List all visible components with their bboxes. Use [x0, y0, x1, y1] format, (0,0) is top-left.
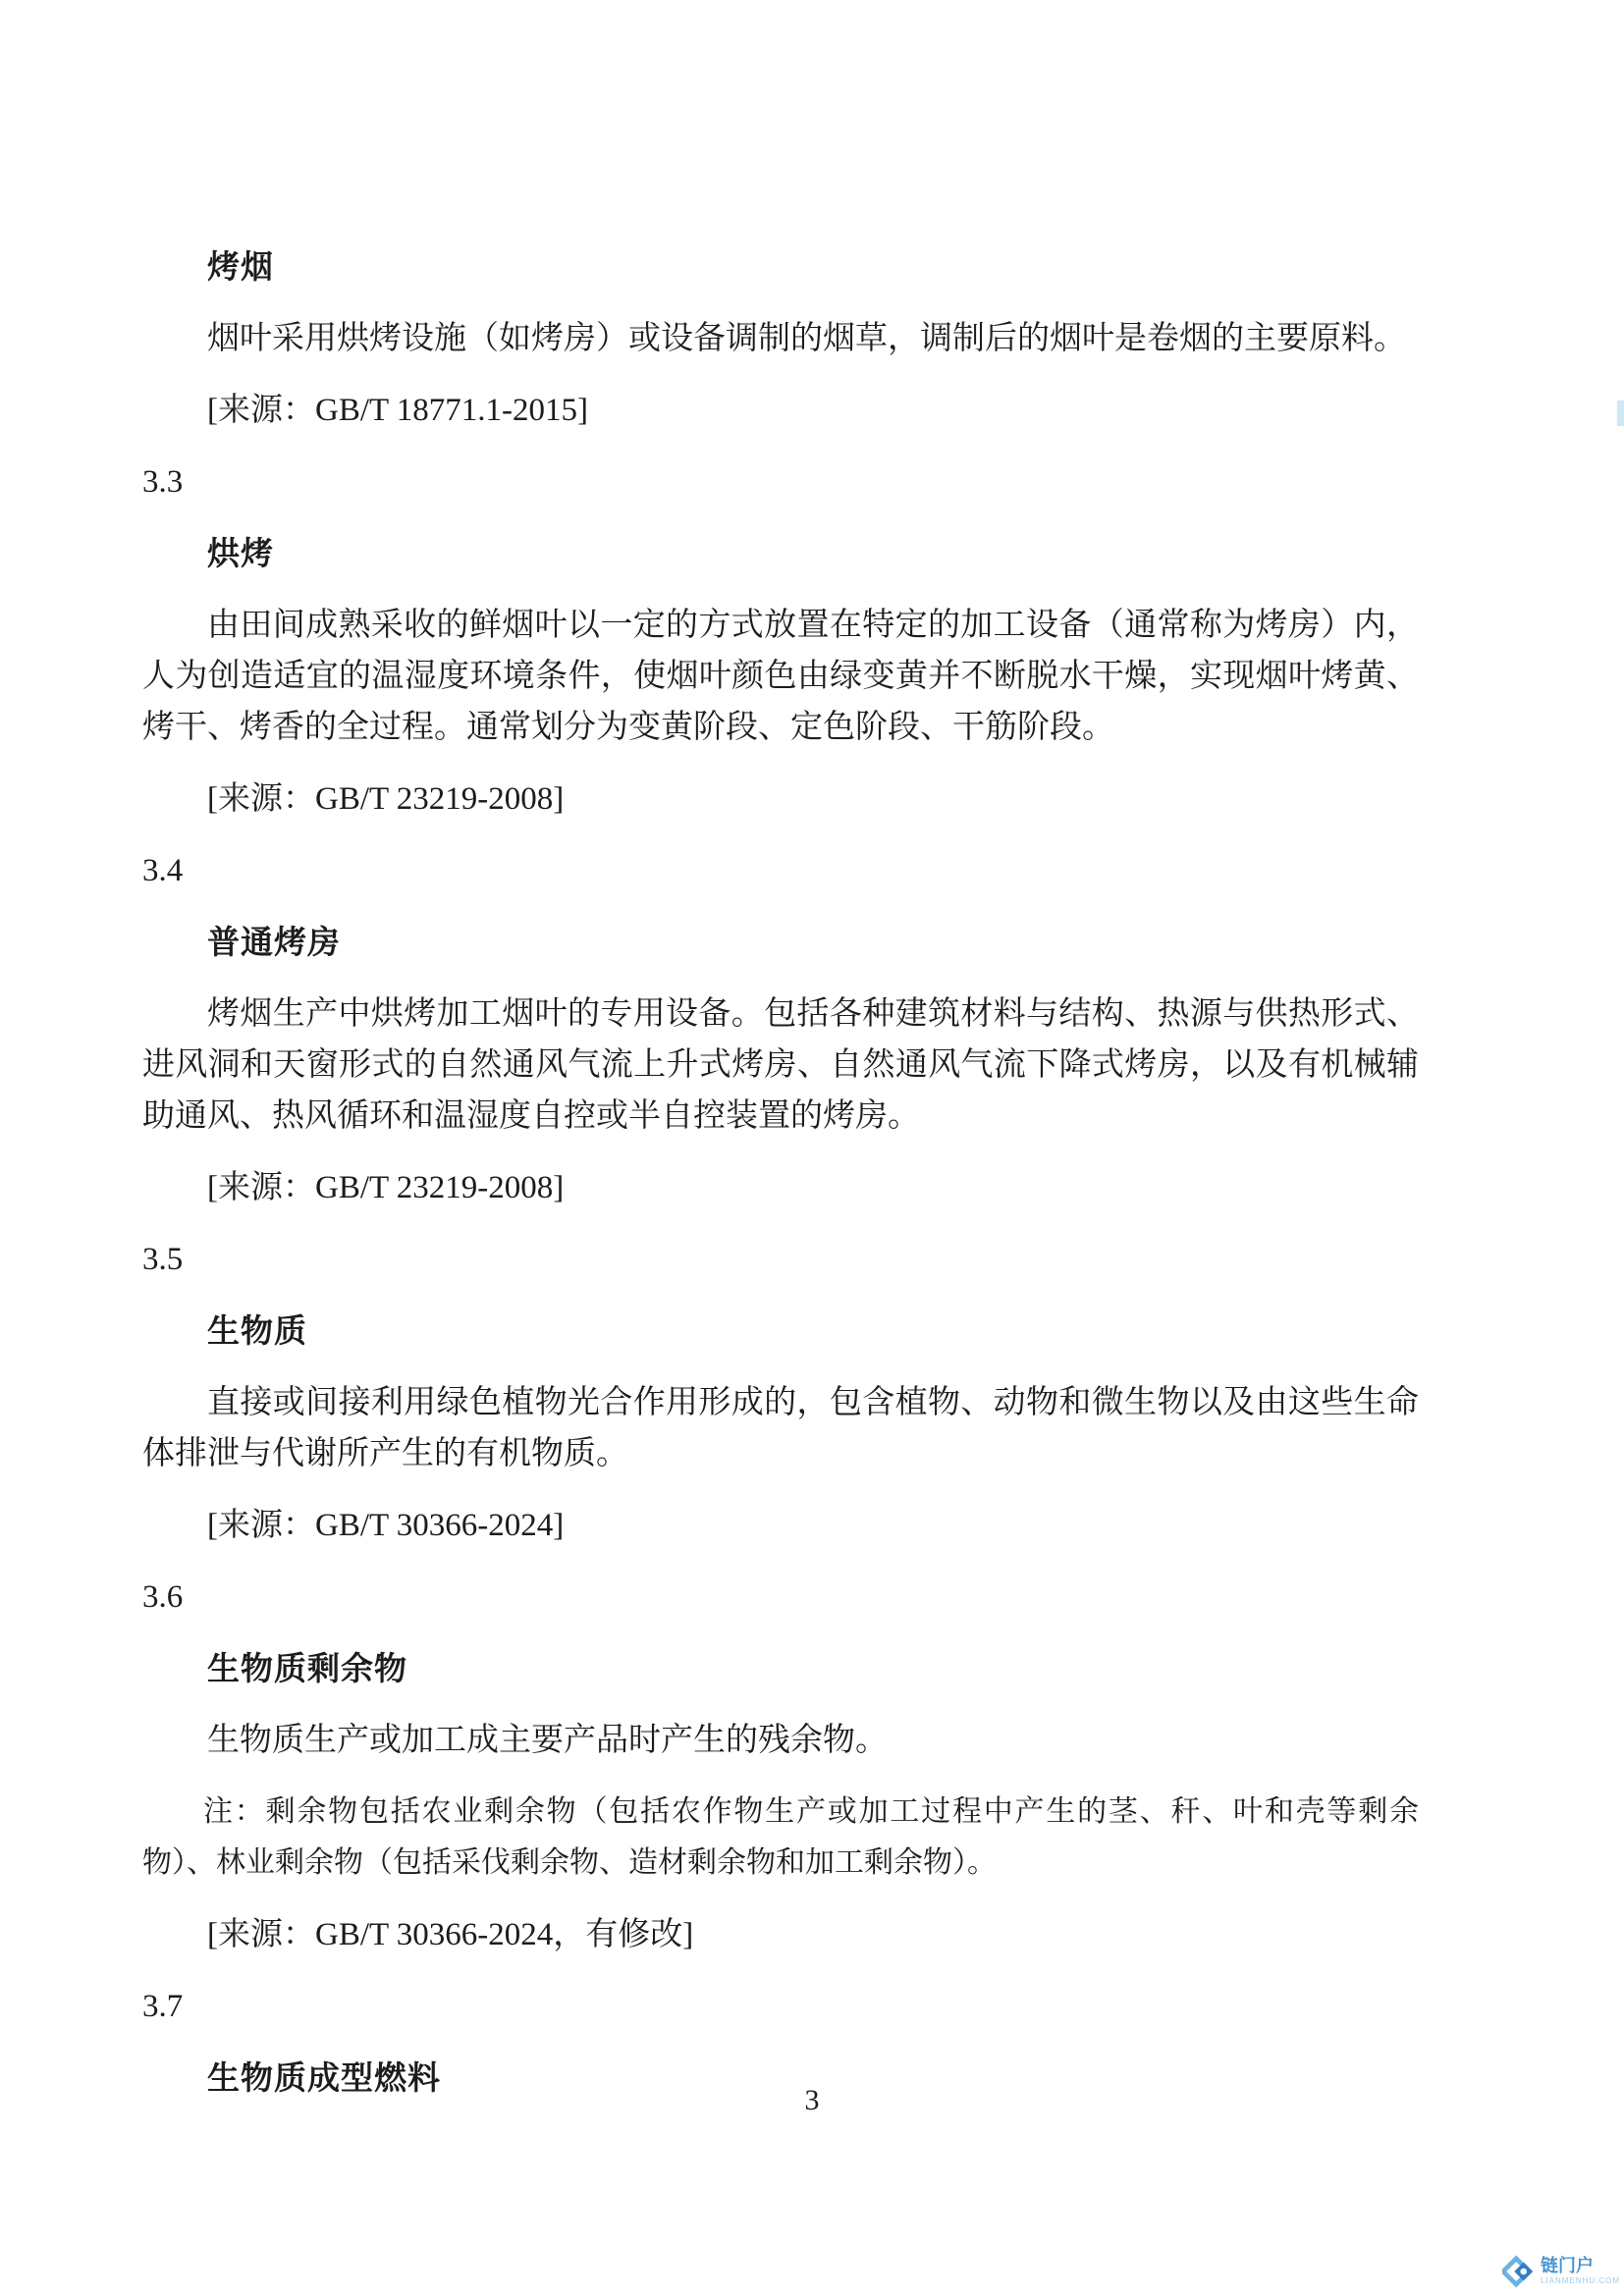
clause-number: 3.4 — [142, 845, 1419, 896]
clause-number: 3.5 — [142, 1234, 1419, 1285]
term-heading: 生物质剩余物 — [142, 1643, 1419, 1694]
source-reference: [来源：GB/T 23219-2008] — [142, 1162, 1419, 1213]
source-reference: [来源：GB/T 23219-2008] — [142, 774, 1419, 825]
definition-paragraph: 由田间成熟采收的鲜烟叶以一定的方式放置在特定的加工设备（通常称为烤房）内，人为创… — [142, 600, 1419, 753]
term-heading: 生物质 — [142, 1306, 1419, 1357]
source-reference: [来源：GB/T 18771.1-2015] — [142, 385, 1419, 436]
clause-number: 3.3 — [142, 456, 1419, 507]
source-reference: [来源：GB/T 30366-2024，有修改] — [142, 1909, 1419, 1960]
clause-number: 3.6 — [142, 1572, 1419, 1623]
document-content: 烤烟 烟叶采用烘烤设施（如烤房）或设备调制的烟草，调制后的烟叶是卷烟的主要原料。… — [142, 221, 1419, 2124]
page-number: 3 — [0, 2081, 1624, 2120]
term-heading: 烤烟 — [142, 241, 1419, 293]
clause-number: 3.7 — [142, 1981, 1419, 2032]
watermark-logo-text: 链门户 — [1541, 2257, 1620, 2276]
watermark-logo-icon — [1502, 2255, 1536, 2288]
definition-paragraph: 烟叶采用烘烤设施（如烤房）或设备调制的烟草，调制后的烟叶是卷烟的主要原料。 — [142, 313, 1419, 364]
clause-section: 3.3 烘烤 由田间成熟采收的鲜烟叶以一定的方式放置在特定的加工设备（通常称为烤… — [142, 456, 1419, 825]
clause-section: 3.6 生物质剩余物 生物质生产或加工成主要产品时产生的残余物。 注：剩余物包括… — [142, 1572, 1419, 1960]
clause-section: 烤烟 烟叶采用烘烤设施（如烤房）或设备调制的烟草，调制后的烟叶是卷烟的主要原料。… — [142, 241, 1419, 436]
site-watermark: 链门户 LIANMENHU.COM — [1502, 2255, 1620, 2288]
page-edge-artifact — [1617, 400, 1624, 426]
clause-section: 3.4 普通烤房 烤烟生产中烘烤加工烟叶的专用设备。包括各种建筑材料与结构、热源… — [142, 845, 1419, 1213]
definition-paragraph: 生物质生产或加工成主要产品时产生的残余物。 — [142, 1715, 1419, 1766]
definition-paragraph: 烤烟生产中烘烤加工烟叶的专用设备。包括各种建筑材料与结构、热源与供热形式、进风洞… — [142, 988, 1419, 1142]
watermark-text-block: 链门户 LIANMENHU.COM — [1541, 2257, 1620, 2286]
term-heading: 烘烤 — [142, 528, 1419, 579]
watermark-logo-subtext: LIANMENHU.COM — [1541, 2276, 1620, 2286]
term-heading: 普通烤房 — [142, 917, 1419, 968]
document-page: 烤烟 烟叶采用烘烤设施（如烤房）或设备调制的烟草，调制后的烟叶是卷烟的主要原料。… — [0, 0, 1624, 2296]
note-paragraph: 注：剩余物包括农业剩余物（包括农作物生产或加工过程中产生的茎、秆、叶和壳等剩余物… — [142, 1787, 1419, 1889]
definition-paragraph: 直接或间接利用绿色植物光合作用形成的，包含植物、动物和微生物以及由这些生命体排泄… — [142, 1377, 1419, 1479]
source-reference: [来源：GB/T 30366-2024] — [142, 1500, 1419, 1551]
clause-section: 3.5 生物质 直接或间接利用绿色植物光合作用形成的，包含植物、动物和微生物以及… — [142, 1234, 1419, 1551]
